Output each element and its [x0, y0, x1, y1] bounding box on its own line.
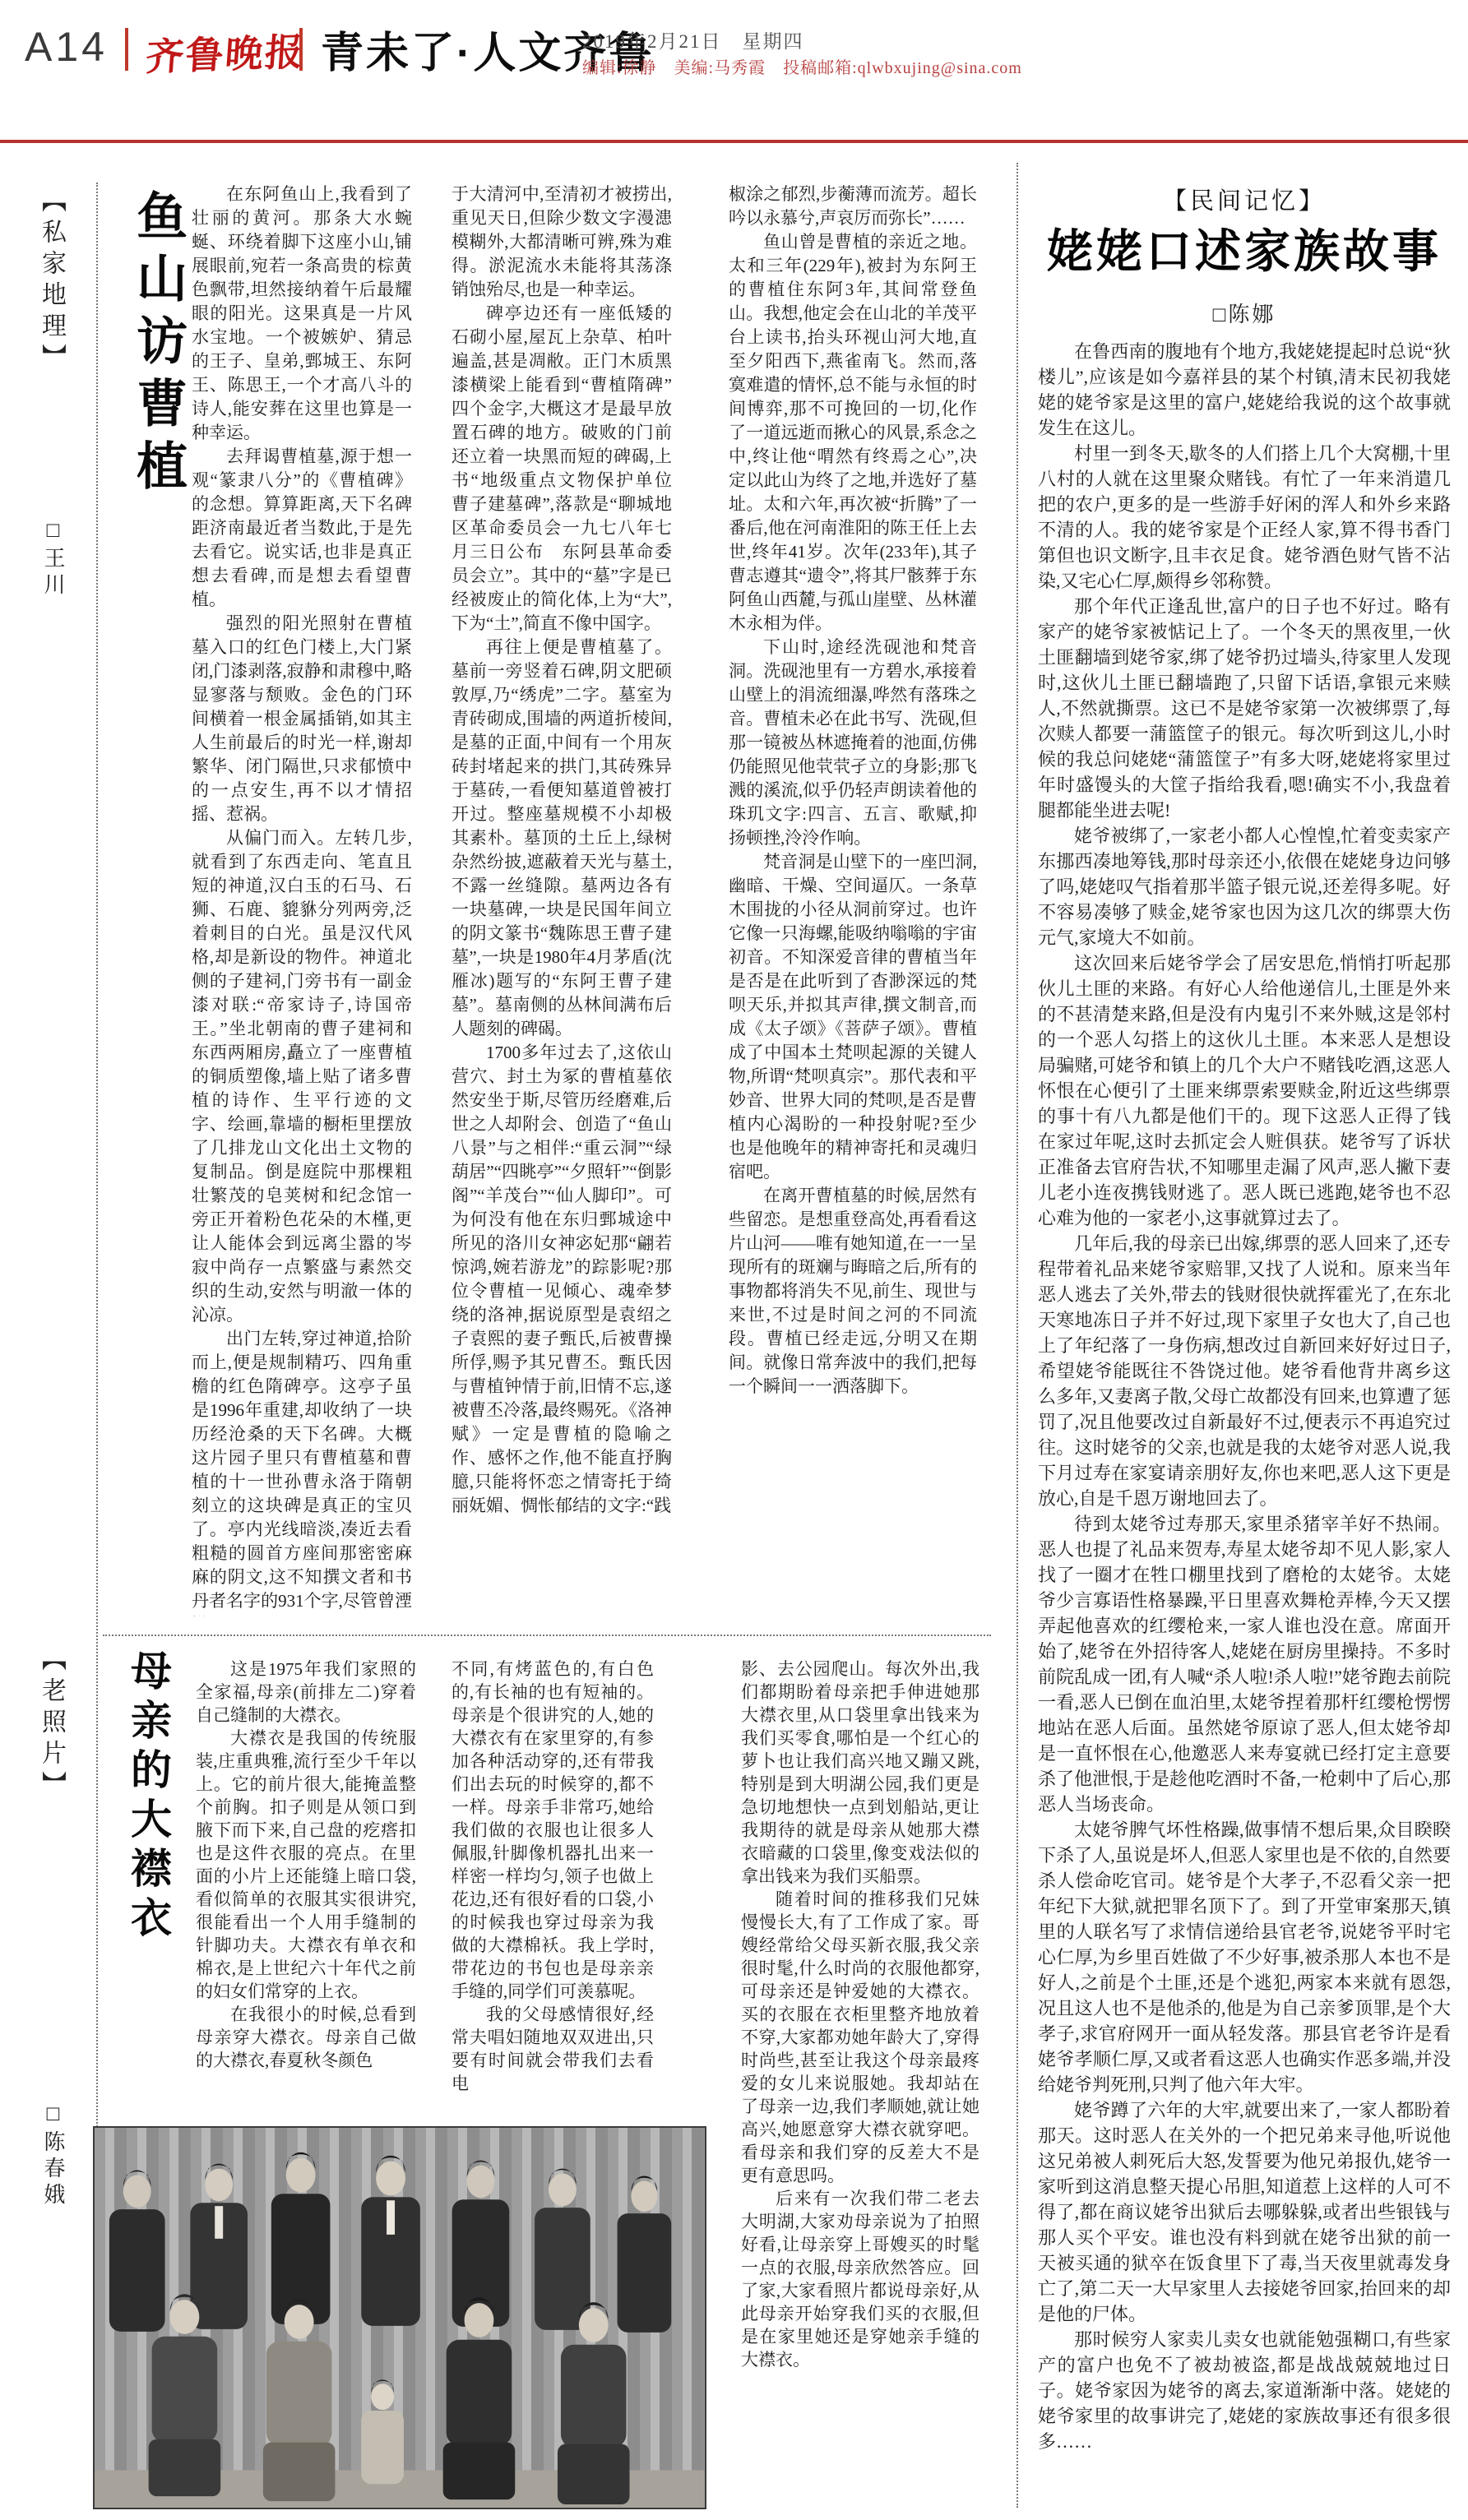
dajinyi-column-1: 这是1975年我们家照的全家福,母亲(前排左二)穿着自己缝制的大襟衣。大襟衣是我… — [196, 1658, 416, 2111]
paragraph: 那时候穷人家卖儿卖女也就能勉强糊口,有些家产的富户也免不了被劫被盗,都是战战兢兢… — [1038, 2327, 1451, 2454]
folk-memory-label: 【民间记忆】 — [1038, 183, 1451, 216]
right-article-divider — [1016, 163, 1018, 2508]
rail-label-old-photo: 【老照片】 — [33, 1646, 69, 1802]
paragraph: 大襟衣是我国的传统服装,庄重典雅,流行至少千年以上。它的前片很大,能掩盖整个前胸… — [196, 1727, 416, 2003]
paragraph: 下山时,途经洗砚池和梵音洞。洗砚池里有一方碧水,承接着山壁上的涓流细瀑,哗然有落… — [729, 636, 977, 850]
paragraph: 这次回来后姥爷学会了居安思危,悄悄打听起那伙儿土匪的来路。有好心人给他递信儿,土… — [1038, 950, 1451, 1231]
dajinyi-column-3: 影、去公园爬山。每次外出,我们都期盼着母亲把手伸进她那大襟衣里,从口袋里拿出钱来… — [741, 1658, 979, 2503]
header-rule — [0, 140, 1468, 143]
paragraph: 姥爷蹲了六年的大牢,就要出来了,一家人都盼着那天。这时恶人在关外的一个把兄弟来寻… — [1038, 2097, 1451, 2327]
paragraph: 碑亭边还有一座低矮的石砌小屋,屋瓦上杂草、柏叶遍盖,甚是凋敝。正门木质黑漆横梁上… — [452, 302, 672, 636]
byline-wang-chuan: □王川 — [38, 518, 68, 599]
family-photo-graphic — [95, 2128, 705, 2508]
yushan-column-1: 在东阿鱼山上,我看到了壮丽的黄河。那条大水蜿蜒、环绕着脚下这座小山,铺展眼前,宛… — [192, 183, 412, 1616]
rail-label-private-geography: 【私家地理】 — [33, 187, 69, 375]
paragraph: 出门左转,穿过神道,拾阶而上,便是规制精巧、四角重檐的红色隋碑亭。这亭子虽是19… — [192, 1327, 412, 1616]
paragraph: 强烈的阳光照射在曹植墓入口的红色门楼上,大门紧闭,门漆剥落,寂静和肃穆中,略显寥… — [192, 612, 412, 826]
paragraph: 这是1975年我们家照的全家福,母亲(前排左二)穿着自己缝制的大襟衣。 — [196, 1658, 416, 1727]
newspaper-page: A14 齐鲁晚报 青未了·人文齐鲁 2019年2月21日 星期四 编辑:徐静 美… — [0, 0, 1468, 2520]
paragraph: 待到太姥爷过寿那天,家里杀猪宰羊好不热闹。恶人也提了礼品来贺寿,寿星太姥爷却不见… — [1038, 1511, 1451, 1817]
byline-chen-na: □陈娜 — [1038, 298, 1451, 328]
paragraph: 不同,有烤蓝色的,有白色的,有长袖的也有短袖的。母亲是个很讲究的人,她的大襟衣有… — [452, 1658, 654, 2003]
paragraph: 几年后,我的母亲已出嫁,绑票的恶人回来了,还专程带着礼品来姥爷家赔罪,又找了人说… — [1038, 1231, 1451, 1511]
staff-line: 编辑:徐静 美编:马秀霞 投稿邮箱:qlwbxujing@sina.com — [582, 54, 1022, 78]
paragraph: 在鲁西南的腹地有个地方,我姥姥提起时总说“狄楼儿”,应该是如今嘉祥县的某个村镇,… — [1038, 339, 1451, 441]
byline-chen-chune: □陈春娥 — [38, 2102, 68, 2209]
page-number: A14 — [25, 23, 108, 71]
paragraph: 在东阿鱼山上,我看到了壮丽的黄河。那条大水蜿蜒、环绕着脚下这座小山,铺展眼前,宛… — [192, 183, 412, 445]
paragraph: 后来有一次我们带二老去大明湖,大家劝母亲说为了拍照好看,让母亲穿上哥嫂买的时髦一… — [741, 2187, 979, 2371]
header-divider-1 — [125, 28, 128, 71]
paragraph: 影、去公园爬山。每次外出,我们都期盼着母亲把手伸进她那大襟衣里,从口袋里拿出钱来… — [741, 1658, 979, 1888]
paragraph: 鱼山曾是曹植的亲近之地。太和三年(229年),被封为东阿王的曹植住东阿3年,其间… — [729, 230, 977, 636]
paragraph: 椒涂之郁烈,步蘅薄而流芳。超长吟以永慕兮,声哀厉而弥长”…… — [729, 183, 977, 230]
paragraph: 那个年代正逢乱世,富户的日子也不好过。略有家产的姥爷家被惦记上了。一个冬天的黑夜… — [1038, 594, 1451, 823]
article-title-laolao: 姥姥口述家族故事 — [1035, 215, 1454, 281]
paragraph: 在离开曹植墓的时候,居然有些留恋。是想重登高处,再看看这片山河——唯有她知道,在… — [729, 1184, 977, 1399]
paragraph: 从偏门而入。左转几步,就看到了东西走向、笔直且短的神道,汉白玉的石马、石狮、石鹿… — [192, 826, 412, 1327]
family-photo — [93, 2126, 706, 2509]
paragraph: 于大清河中,至清初才被捞出,重见天日,但除少数文字漫漶模糊外,大都清晰可辨,殊为… — [452, 183, 672, 302]
articles-divider — [103, 1635, 991, 1636]
yushan-column-3: 椒涂之郁烈,步蘅薄而流芳。超长吟以永慕兮,声哀厉而弥长”……鱼山曾是曹植的亲近之… — [729, 183, 977, 1616]
header-divider-2 — [299, 28, 303, 71]
yushan-column-2: 于大清河中,至清初才被捞出,重见天日,但除少数文字漫漶模糊外,大都清晰可辨,殊为… — [452, 183, 672, 1616]
newspaper-logo: 齐鲁晚报 — [144, 22, 306, 82]
paragraph: 村里一到冬天,歇冬的人们搭上几个大窝棚,十里八村的人就在这里聚众赌钱。有忙了一年… — [1038, 441, 1451, 594]
paragraph: 1700多年过去了,这依山营穴、封土为冢的曹植墓依然安坐于斯,尽管历经磨难,后世… — [452, 1041, 672, 1518]
paragraph: 梵音洞是山壁下的一座凹洞,幽暗、干燥、空间逼仄。一条草木围拢的小径从洞前穿过。也… — [729, 850, 977, 1184]
article-title-yushan: 鱼山访曹植 — [130, 189, 183, 502]
dajinyi-column-2: 不同,有烤蓝色的,有白色的,有长袖的也有短袖的。母亲是个很讲究的人,她的大襟衣有… — [452, 1658, 654, 2111]
paragraph: 再往上便是曹植墓了。墓前一旁竖着石碑,阴文肥硕敦厚,乃“绣虎”二字。墓室为青砖砌… — [452, 636, 672, 1041]
laolao-body: 在鲁西南的腹地有个地方,我姥姥提起时总说“狄楼儿”,应该是如今嘉祥县的某个村镇,… — [1038, 339, 1451, 2511]
article-title-dajinyi: 母亲的大襟衣 — [127, 1649, 170, 1945]
paragraph: 去拜谒曹植墓,源于想一观“篆隶八分”的《曹植碑》的念想。算算距离,天下名碑距济南… — [192, 445, 412, 612]
paragraph: 太姥爷脾气坏性格躁,做事情不想后果,众目睽睽下杀了人,虽说是坏人,但恶人家里也是… — [1038, 1817, 1451, 2097]
date-line: 2019年2月21日 星期四 — [582, 26, 804, 53]
paragraph: 我的父母感情很好,经常夫唱妇随地双双进出,只要有时间就会带我们去看电 — [452, 2003, 654, 2095]
paragraph: 在我很小的时候,总看到母亲穿大襟衣。母亲自己做的大襟衣,春夏秋冬颜色 — [196, 2003, 416, 2072]
paragraph: 随着时间的推移我们兄妹慢慢长大,有了工作成了家。哥嫂经常给父母买新衣服,我父亲很… — [741, 1888, 979, 2187]
paragraph: 姥爷被绑了,一家老小都人心惶惶,忙着变卖家产东挪西凑地筹钱,那时母亲还小,依偎在… — [1038, 823, 1451, 950]
